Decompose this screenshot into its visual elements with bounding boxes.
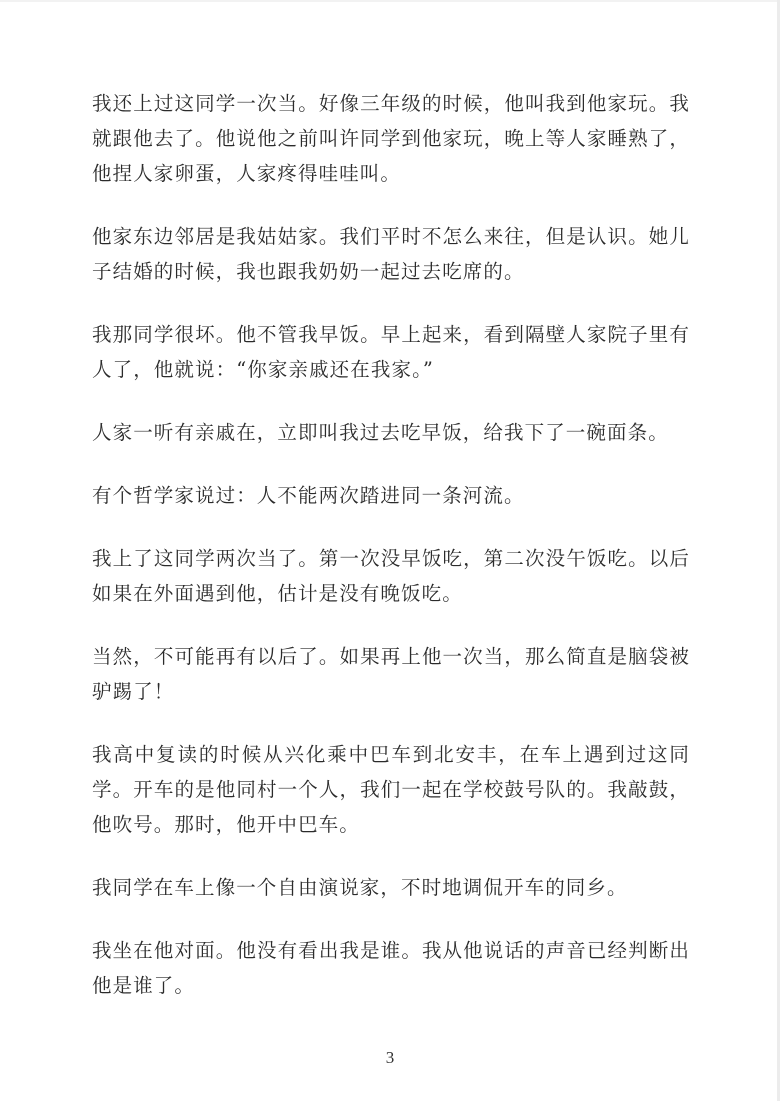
body-text: 我还上过这同学一次当。好像三年级的时候，他叫我到他家玩。我就跟他去了。他说他之前… — [92, 86, 690, 1003]
paragraph-3: 我那同学很坏。他不管我早饭。早上起来，看到隔壁人家院子里有人了，他就说：“你家亲… — [92, 317, 690, 387]
paragraph-6: 我上了这同学两次当了。第一次没早饭吃，第二次没午饭吃。以后如果在外面遇到他，估计… — [92, 541, 690, 611]
paragraph-10: 我坐在他对面。他没有看出我是谁。我从他说话的声音已经判断出他是谁了。 — [92, 933, 690, 1003]
document-page: 我还上过这同学一次当。好像三年级的时候，他叫我到他家玩。我就跟他去了。他说他之前… — [0, 0, 780, 1101]
page-number: 3 — [0, 1048, 780, 1068]
paragraph-7: 当然，不可能再有以后了。如果再上他一次当，那么简直是脑袋被驴踢了！ — [92, 639, 690, 709]
paragraph-4: 人家一听有亲戚在，立即叫我过去吃早饭，给我下了一碗面条。 — [92, 415, 690, 450]
paragraph-8: 我高中复读的时候从兴化乘中巴车到北安丰，在车上遇到过这同学。开车的是他同村一个人… — [92, 737, 690, 842]
paragraph-5: 有个哲学家说过：人不能两次踏进同一条河流。 — [92, 478, 690, 513]
paragraph-9: 我同学在车上像一个自由演说家，不时地调侃开车的同乡。 — [92, 870, 690, 905]
paragraph-2: 他家东边邻居是我姑姑家。我们平时不怎么来往，但是认识。她儿子结婚的时候，我也跟我… — [92, 219, 690, 289]
paragraph-1: 我还上过这同学一次当。好像三年级的时候，他叫我到他家玩。我就跟他去了。他说他之前… — [92, 86, 690, 191]
